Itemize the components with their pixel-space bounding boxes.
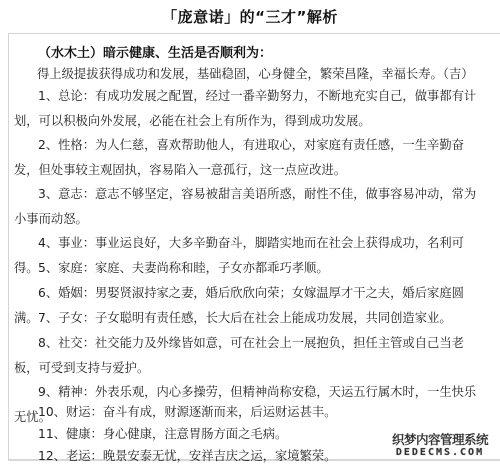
- section-heading: （水木土）暗示健康、生活是否顺利为：: [38, 42, 272, 61]
- page-title: 「庞意诺」的“三才”解析: [0, 6, 500, 27]
- list-item: 3、意志：意志不够坚定，容易被甜言美语所惑，耐性不佳，做事容易冲动，常为小事而动…: [14, 182, 484, 232]
- list-item: 10、财运：奋斗有成，财源逐渐而来，后运财运甚丰。: [14, 402, 484, 422]
- summary-text: 得上级提拔获得成功和发展，基础稳固，心身健全，繁荣昌隆，幸福长寿。（吉）: [37, 64, 474, 82]
- watermark-logo: 织梦内容管理系统 DEDECMS.COM: [390, 433, 490, 459]
- list-item: 7、子女：子女聪明有责任感，长大后在社会上能成功发展，共同创造家业。: [14, 306, 484, 331]
- watermark-en: DEDECMS.COM: [390, 447, 490, 459]
- list-item: 2、性格：为人仁慈，喜欢帮助他人，有进取心，对家庭有责任感，一生辛勤奋发，但处事…: [14, 133, 484, 183]
- list-item: 1、总论：有成功发展之配置，经过一番辛勤努力，不断地充实自己，做事都有计划，可以…: [14, 84, 484, 134]
- watermark-cn: 织梦内容管理系统: [390, 433, 490, 447]
- list-item: 5、家庭：家庭、夫妻尚称和睦，子女亦都乖巧孝顺。: [14, 256, 484, 281]
- list-item: 8、社交：社交能力及外缘皆如意，可在社会上一展抱负，担任主管或自己当老板，可受到…: [14, 331, 484, 381]
